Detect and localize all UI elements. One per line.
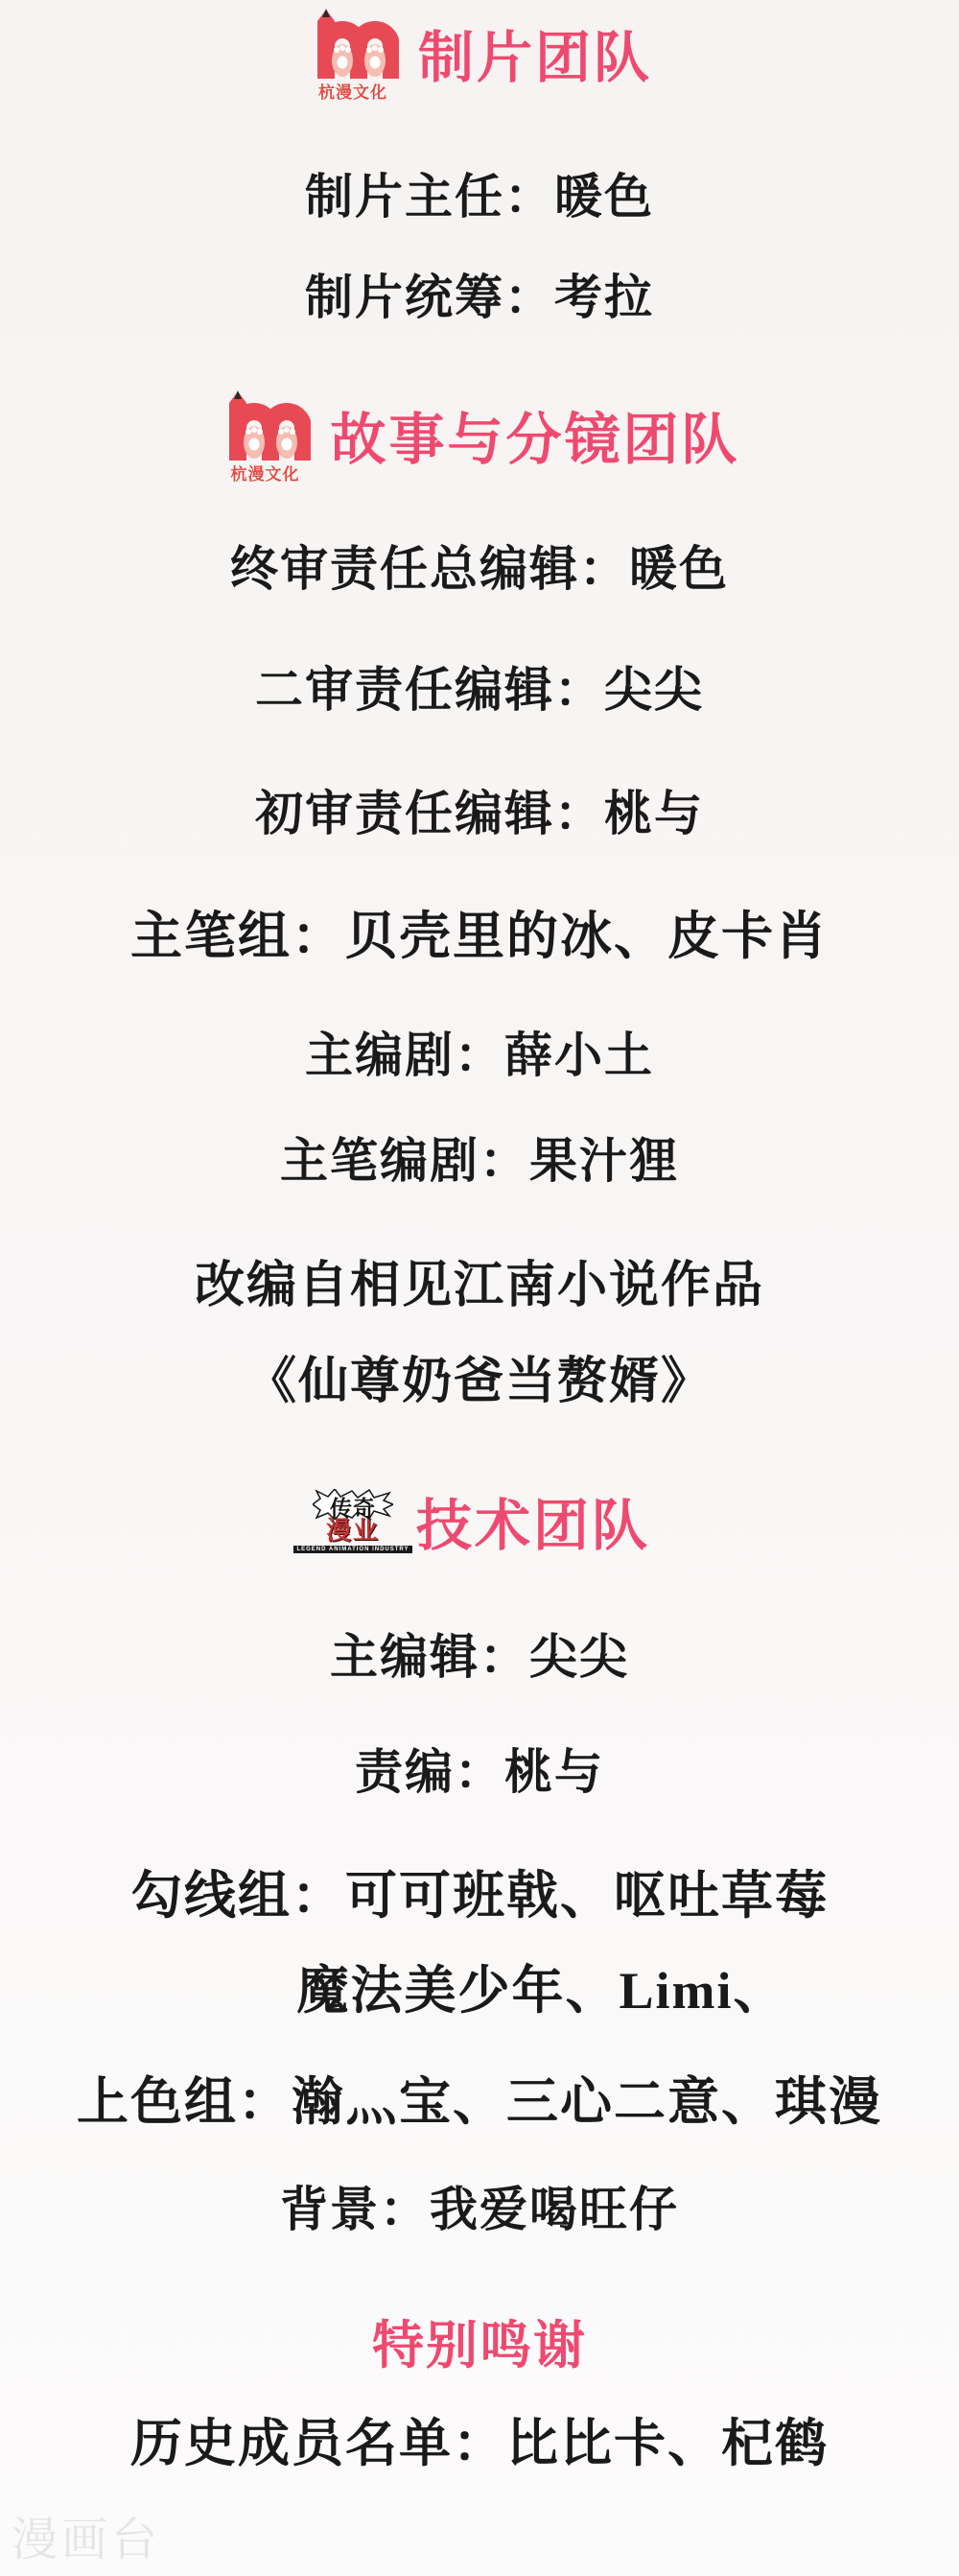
credit-line: 勾线组：可可班戟、呕吐草莓	[0, 1855, 959, 1928]
manhuatai-watermark: 漫画台	[12, 2502, 161, 2568]
credit-line: 主笔编剧：果汁狸	[0, 1123, 959, 1192]
credit-line: 二审责任编辑：尖尖	[0, 651, 959, 721]
paw-m-icon	[307, 4, 399, 81]
credit-line: 主编剧：薛小土	[0, 1017, 959, 1086]
credit-line: 制片统筹：考拉	[0, 259, 959, 328]
credit-line: 主编辑：尖尖	[0, 1619, 959, 1688]
credit-line: 主笔组：贝壳里的冰、皮卡肖	[0, 895, 959, 969]
credit-line: 初审责任编辑：桃与	[0, 775, 959, 844]
section-header-tech: 传奇 漫业 LEGEND ANIMATION INDUSTRY 技术团队	[0, 1476, 959, 1566]
credit-line: 背景：我爱喝旺仔	[0, 2171, 959, 2240]
section-title-special-thanks: 特别鸣谢	[0, 2304, 959, 2378]
credit-line: 责编：桃与	[0, 1734, 959, 1803]
section-header-production: 杭漫文化 制片团队	[0, 6, 959, 100]
section-title-story: 故事与分镜团队	[330, 394, 739, 475]
section-title-tech: 技术团队	[416, 1480, 650, 1561]
credit-line: 制片主任：暖色	[0, 158, 959, 227]
paw-m-icon	[219, 386, 311, 462]
hangman-culture-logo: 杭漫文化	[219, 386, 311, 484]
legend-comics-logo: 传奇 漫业 LEGEND ANIMATION INDUSTRY	[309, 1489, 397, 1553]
logo-text-top: 传奇	[313, 1491, 393, 1523]
credit-line: 终审责任总编辑：暖色	[0, 531, 959, 600]
credit-line: 上色组：瀚灬宝、三心二意、琪漫	[0, 2061, 959, 2135]
credit-line: 历史成员名单：比比卡、杞鹤	[0, 2402, 959, 2476]
logo-caption: 杭漫文化	[230, 461, 299, 484]
adaptation-note: 改编自相见江南小说作品	[0, 1244, 959, 1316]
section-header-story: 杭漫文化 故事与分镜团队	[0, 380, 959, 489]
section-title-production: 制片团队	[418, 12, 652, 93]
credits-page: 杭漫文化 制片团队 制片主任：暖色 制片统筹：考拉	[0, 0, 959, 2576]
logo-caption: 杭漫文化	[318, 79, 387, 103]
adaptation-novel-title: 《仙尊奶爸当赘婿》	[0, 1340, 959, 1412]
credit-line-continuation: 魔法美少年、Limi、	[0, 1950, 959, 2023]
burst-icon: 传奇	[313, 1489, 393, 1520]
logo-text-small: LEGEND ANIMATION INDUSTRY	[293, 1546, 411, 1553]
hangman-culture-logo: 杭漫文化	[307, 4, 399, 103]
